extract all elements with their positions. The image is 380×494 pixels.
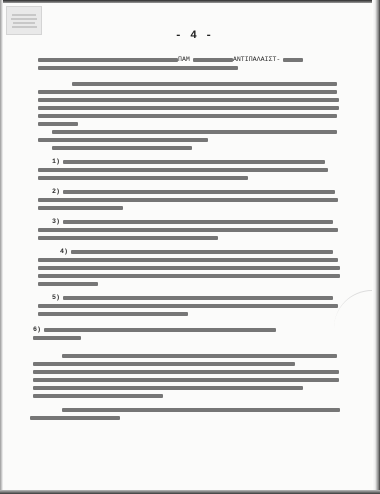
- paragraph-2-line-2: [38, 88, 337, 95]
- item-3-line-2: [38, 226, 338, 233]
- paragraph-1-line-1: ΠΑΜ ΑΝΤΙΠΑΛΑΙΣΤ-: [38, 56, 333, 63]
- paragraph-5-line-3: [33, 368, 339, 375]
- item-6-marker: 6): [33, 326, 41, 333]
- paragraph-5-line-5: [33, 384, 303, 391]
- item-4-line-4: [38, 272, 340, 279]
- item-1-line-1: 1): [52, 158, 332, 165]
- paragraph-5-line-6: [33, 392, 163, 399]
- item-2-marker: 2): [52, 188, 60, 195]
- item-4-line-5: [38, 280, 98, 287]
- legible-term-pam: ΠΑΜ: [178, 56, 190, 63]
- scanned-document-page: - 4 - ΠΑΜ ΑΝΤΙΠΑΛΑΙΣΤ- 1) 2) 3) 4): [0, 0, 380, 494]
- legible-term-antipalaist: ΑΝΤΙΠΑΛΑΙΣΤ-: [233, 56, 280, 63]
- item-3-line-1: 3): [52, 218, 340, 225]
- item-1-line-2: [38, 166, 328, 173]
- paragraph-2-line-1: [72, 80, 337, 87]
- item-6-line-1: 6): [33, 326, 283, 333]
- scan-edge-left: [0, 0, 3, 494]
- paragraph-2-line-6: [38, 120, 78, 127]
- item-5-marker: 5): [52, 294, 60, 301]
- item-3-marker: 3): [52, 218, 60, 225]
- item-1-marker: 1): [52, 158, 60, 165]
- paragraph-6-line-2: [30, 414, 120, 421]
- item-5-line-2: [38, 302, 338, 309]
- item-5-line-1: 5): [52, 294, 340, 301]
- paragraph-2-line-5: [38, 112, 337, 119]
- page-number: - 4 -: [175, 30, 213, 42]
- item-4-line-1: 4): [60, 248, 340, 255]
- item-2-line-1: 2): [52, 188, 342, 195]
- paragraph-5-line-4: [33, 376, 339, 383]
- item-3-line-3: [38, 234, 218, 241]
- item-4-line-2: [38, 256, 338, 263]
- paragraph-3-line-1: [52, 128, 337, 135]
- paragraph-1-line-2: [38, 64, 238, 71]
- scan-edge-bottom: [0, 490, 380, 494]
- item-4-line-3: [38, 264, 340, 271]
- item-2-line-3: [38, 204, 123, 211]
- item-4-marker: 4): [60, 248, 68, 255]
- item-6-line-2: [33, 334, 81, 341]
- paragraph-3-line-2: [38, 136, 208, 143]
- heading-line: [52, 144, 192, 151]
- paragraph-5-line-1: [62, 352, 337, 359]
- paragraph-6-line-1: [62, 406, 340, 413]
- paragraph-2-line-4: [38, 104, 339, 111]
- item-2-line-2: [38, 196, 338, 203]
- scan-edge-right: [372, 0, 380, 494]
- paragraph-5-line-2: [33, 360, 295, 367]
- paragraph-2-line-3: [38, 96, 339, 103]
- archive-stamp-icon: [6, 6, 42, 35]
- scan-edge-top: [0, 0, 380, 3]
- item-5-line-3: [38, 310, 188, 317]
- item-1-line-3: [38, 174, 248, 181]
